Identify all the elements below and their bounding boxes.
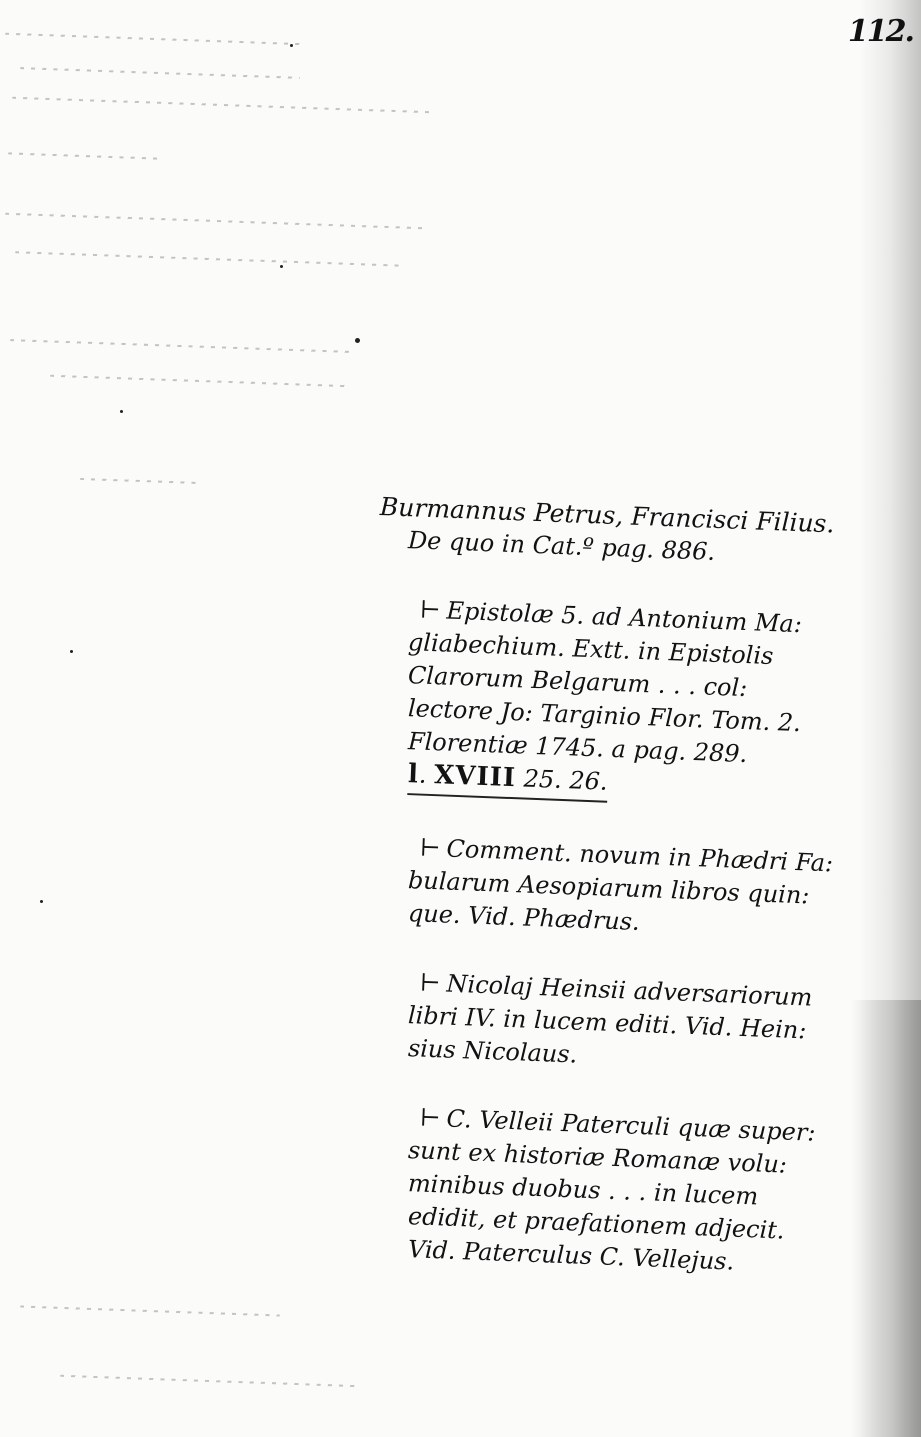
entry-marker-icon: ⊢ xyxy=(419,969,441,998)
entry-item-heinsii: ⊢Nicolaj Heinsii adversariorum libri IV.… xyxy=(380,965,890,1064)
manuscript-page: 112. Burmannus Petrus, Francisci Filius.… xyxy=(0,0,921,1437)
entry-item-epistolae: ⊢Epistolæ 5. ad Antonium Ma: gliabechium… xyxy=(380,592,890,794)
catalog-entry: Burmannus Petrus, Francisci Filius. De q… xyxy=(380,490,890,1301)
entry-item-commentarium: ⊢Comment. novum in Phædri Fa: bularum Ae… xyxy=(380,830,890,929)
entry-marker-icon: ⊢ xyxy=(419,1104,441,1133)
entry-marker-icon: ⊢ xyxy=(419,596,441,625)
entry-heading: Burmannus Petrus, Francisci Filius. De q… xyxy=(380,490,890,556)
entry-marker-icon: ⊢ xyxy=(419,834,441,863)
folio-number: 112. xyxy=(848,14,913,49)
shelfmark-numbers: 25. 26. xyxy=(523,765,608,796)
entry-item-paterculus: ⊢C. Velleii Paterculi quæ super: sunt ex… xyxy=(380,1100,890,1265)
shelfmark-roman: XVIII xyxy=(434,760,517,793)
shelfmark-prefix: l xyxy=(407,759,419,789)
